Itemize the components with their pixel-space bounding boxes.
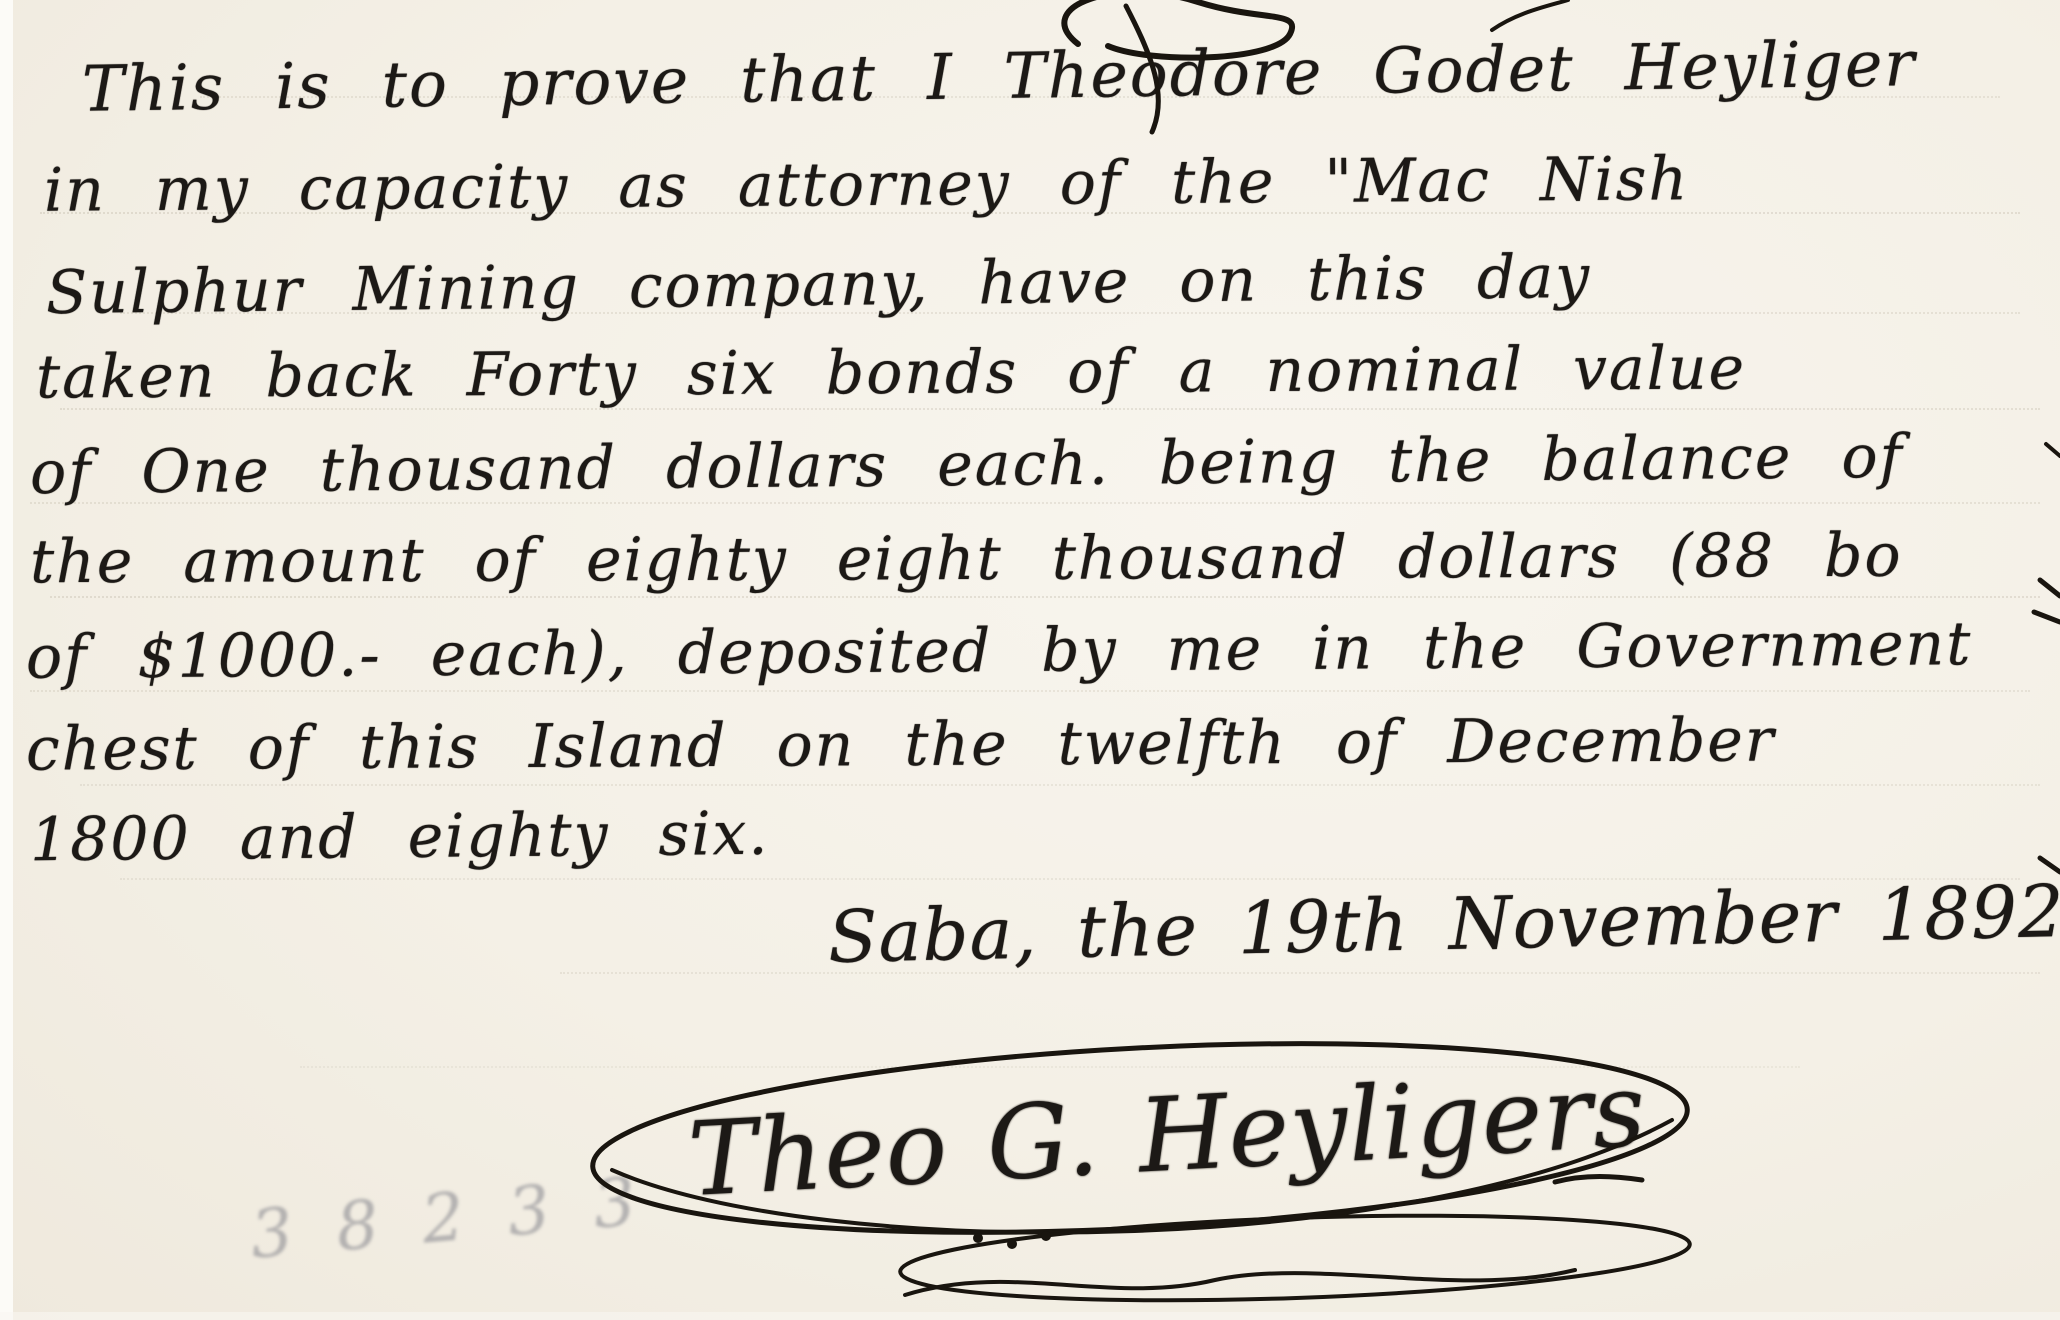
body-line-9: 1800 and eighty six. (30, 799, 770, 875)
body-line-4: taken back Forty six bonds of a nominal … (36, 334, 1746, 413)
signature-text: Theo G. Heyligers (686, 1051, 1649, 1220)
body-line-3: Sulphur Mining company, have on this day (46, 242, 1592, 328)
scan-edge-left (0, 0, 13, 1320)
scan-edge-bottom (0, 1312, 2060, 1320)
body-line-6: the amount of eighty eight thousand doll… (30, 521, 1903, 598)
ink-dot (1007, 1239, 1017, 1249)
body-line-7: of $1000.- each), deposited by me in the… (26, 609, 1973, 693)
ruled-line (80, 784, 2040, 786)
scanned-handwritten-document: This is to prove that I Theodore Godet H… (0, 0, 2060, 1320)
body-line-8: chest of this Island on the twelfth of D… (26, 705, 1776, 784)
ruled-line (50, 596, 2040, 598)
faint-stamp-number: 38233 (247, 1159, 682, 1273)
body-line-2: in my capacity as attorney of the "Mac N… (44, 144, 1690, 225)
ruled-line (560, 972, 2040, 974)
ink-dot (1041, 1231, 1051, 1241)
dateline: Saba, the 19th November 1892 (827, 869, 2060, 979)
body-line-5: of One thousand dollars each. being the … (30, 422, 1904, 508)
edge-ink-marks (2034, 444, 2060, 872)
body-line-1: This is to prove that I Theodore Godet H… (82, 27, 1917, 126)
ink-dot (973, 1233, 983, 1243)
